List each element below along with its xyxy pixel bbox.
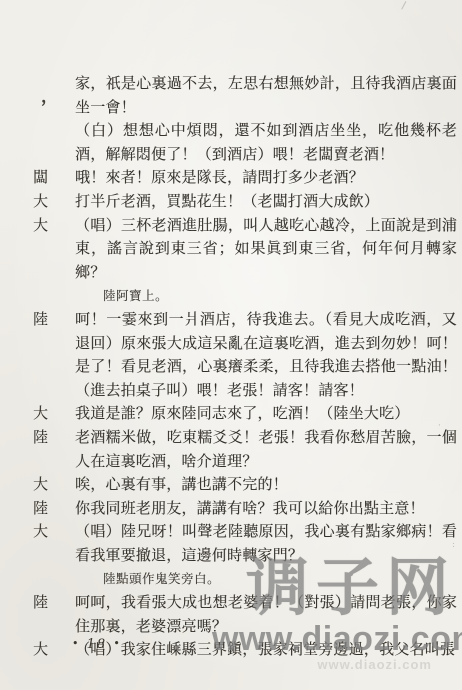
dialogue-row: 陸呵！一霎來到一爿酒店，待我進去。（看見大成吃酒，又退回）原來張大成這呆亂在這裏… bbox=[33, 308, 437, 402]
stage-direction: 陸點頭作鬼笑旁白。 bbox=[103, 567, 437, 591]
speaker-label: 大 bbox=[33, 190, 75, 214]
page-number-value: 18 bbox=[87, 637, 108, 652]
speaker-label: 闆 bbox=[33, 166, 75, 190]
speaker-label: 陸 bbox=[33, 591, 75, 615]
dialogue-text: 家，祇是心裏過不去，左思右想無妙計，且待我酒店裏面坐一會！ bbox=[75, 72, 457, 119]
speaker-label: 大 bbox=[33, 520, 75, 544]
dialogue-row: 大唉，心裏有事，講也講不完的！ bbox=[33, 473, 437, 497]
scanned-page: ， · : 家，祇是心裏過不去，左思右想無妙計，且待我酒店裏面坐一會！（白）想想… bbox=[0, 0, 462, 690]
page-number-right-dot: • bbox=[113, 637, 122, 650]
speaker-label: 大 bbox=[33, 638, 75, 662]
dialogue-text: （唱）三杯老酒進肚腸，叫人越吃心越冷，上面說是到浦東，謠言說到東三省；如果眞到東… bbox=[75, 214, 457, 285]
dialogue-text: 你我同班老朋友，講講有啥？我可以給你出點主意！ bbox=[75, 497, 457, 521]
dialogue-text: （白）想想心中煩悶，還不如到酒店坐坐，吃他幾杯老酒，解解悶便了！（到酒店）喂！老… bbox=[75, 119, 457, 166]
dialogue-text: 打半斤老酒，買點花生！（老闆打酒大成飲） bbox=[75, 190, 457, 214]
dialogue-row: 陸你我同班老朋友，講講有啥？我可以給你出點主意！ bbox=[33, 497, 437, 521]
dialogue-text: 哦！來者！原來是隊長，請問打多少老酒？ bbox=[75, 166, 457, 190]
dialogue-text: （唱）陸兄呀！叫聲老陸聽原因，我心裏有點家鄉病！看看我軍要撤退，這邊何時轉家門？ bbox=[75, 520, 457, 567]
dialogue-text: 呵！一霎來到一爿酒店，待我進去。（看見大成吃酒，又退回）原來張大成這呆亂在這裏吃… bbox=[75, 308, 457, 402]
scan-speck bbox=[401, 1, 411, 12]
dialogue-row: 大我道是誰？原來陸同志來了，吃酒！（陸坐大吃） bbox=[33, 402, 437, 426]
page-number: • 18 • bbox=[72, 637, 122, 652]
dialogue-row: 大（唱）三杯老酒進肚腸，叫人越吃心越冷，上面說是到浦東，謠言說到東三省；如果眞到… bbox=[33, 214, 437, 285]
dialogue-row: 大（唱）陸兄呀！叫聲老陸聽原因，我心裏有點家鄉病！看看我軍要撤退，這邊何時轉家門… bbox=[33, 520, 437, 567]
speaker-label: 陸 bbox=[33, 497, 75, 521]
dialogue-row: 闆哦！來者！原來是隊長，請問打多少老酒？ bbox=[33, 166, 437, 190]
dialogue-text: 我道是誰？原來陸同志來了，吃酒！（陸坐大吃） bbox=[75, 402, 457, 426]
dialogue-text: （唱）我家住嵊縣三界鎭，張家祠堂旁邊過，我父名叫張 bbox=[75, 638, 457, 662]
dialogue-row: 家，祇是心裏過不去，左思右想無妙計，且待我酒店裏面坐一會！ bbox=[33, 72, 437, 119]
dialogue-row: 大打半斤老酒，買點花生！（老闆打酒大成飲） bbox=[33, 190, 437, 214]
dialogue-text: 唉，心裏有事，講也講不完的！ bbox=[75, 473, 457, 497]
dialogue-row: 陸老酒糯米做，吃東糯爻爻！老張！我看你愁眉苦臉，一個人在這裏吃酒，啥介道理？ bbox=[33, 426, 437, 473]
dialogue-text: 老酒糯米做，吃東糯爻爻！老張！我看你愁眉苦臉，一個人在這裏吃酒，啥介道理？ bbox=[75, 426, 457, 473]
speaker-label: 大 bbox=[33, 214, 75, 238]
speaker-label: 陸 bbox=[33, 308, 75, 332]
stage-direction: 陸阿寶上。 bbox=[103, 284, 437, 308]
speaker-label: 大 bbox=[33, 402, 75, 426]
dialogue-text: 呵呵，我看張大成也想老婆着！（對張）請問老張，你家住那裏，老婆漂亮嗎？ bbox=[75, 591, 457, 638]
dialogue-row: 陸呵呵，我看張大成也想老婆着！（對張）請問老張，你家住那裏，老婆漂亮嗎？ bbox=[33, 591, 437, 638]
script-body: 家，祇是心裏過不去，左思右想無妙計，且待我酒店裏面坐一會！（白）想想心中煩悶，還… bbox=[33, 72, 437, 662]
page-number-left-dot: • bbox=[72, 637, 81, 650]
speaker-label: 大 bbox=[33, 473, 75, 497]
dialogue-row: （白）想想心中煩悶，還不如到酒店坐坐，吃他幾杯老酒，解解悶便了！（到酒店）喂！老… bbox=[33, 119, 437, 166]
speaker-label: 陸 bbox=[33, 426, 75, 450]
